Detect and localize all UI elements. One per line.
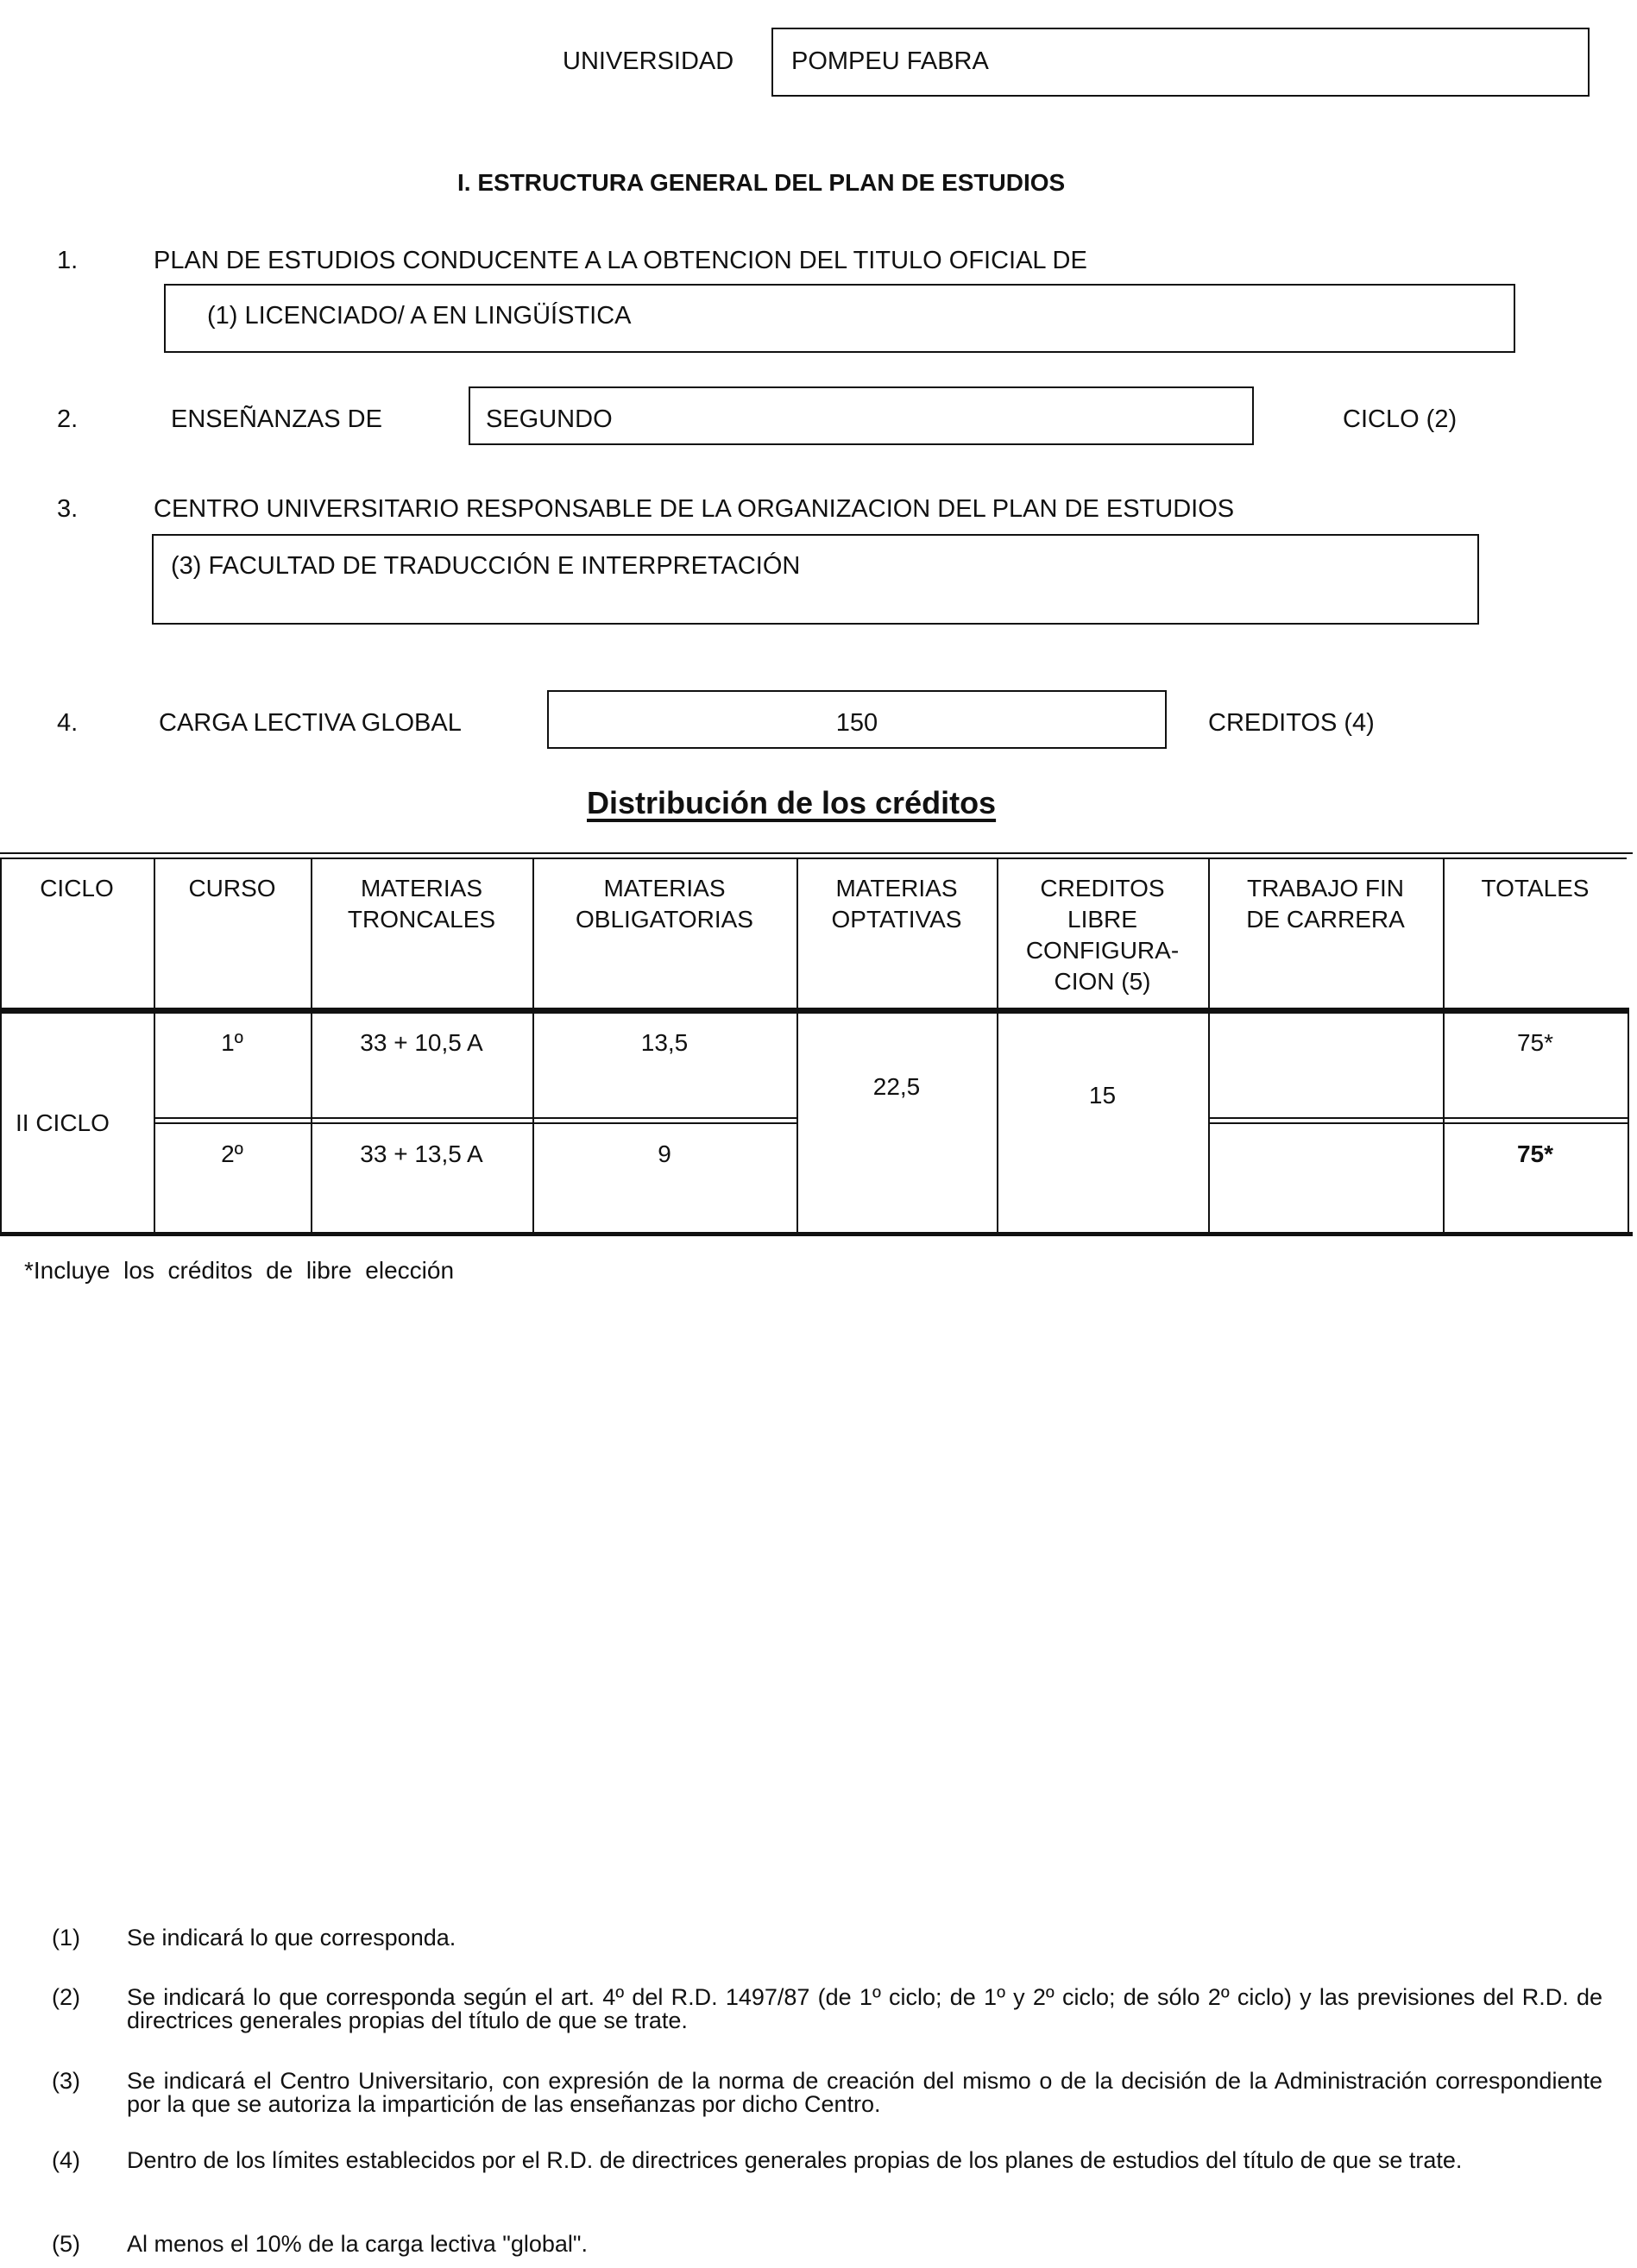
header-line: LIBRE bbox=[997, 904, 1208, 935]
university-value: POMPEU FABRA bbox=[791, 49, 989, 74]
footnote-2-text: Se indicará lo que corresponda según el … bbox=[127, 1986, 1602, 2032]
item-4-label: CARGA LECTIVA GLOBAL bbox=[159, 711, 462, 736]
header-troncales: MATERIASTRONCALES bbox=[311, 873, 532, 935]
credits-table: CICLO CURSO MATERIASTRONCALES MATERIASOB… bbox=[0, 852, 1633, 1236]
header-line: CONFIGURA- bbox=[997, 935, 1208, 966]
libre-configuracion-value: 15 bbox=[997, 1080, 1208, 1111]
row-1-curso: 1º bbox=[154, 1027, 311, 1059]
header-line: MATERIAS bbox=[532, 873, 796, 904]
cycle-value: SEGUNDO bbox=[486, 407, 613, 432]
footnote-3-text: Se indicará el Centro Universitario, con… bbox=[127, 2070, 1602, 2116]
row-2-obligatorias: 9 bbox=[532, 1139, 796, 1170]
university-label: UNIVERSIDAD bbox=[563, 49, 734, 74]
item-2-number: 2. bbox=[57, 407, 78, 432]
footnote-1-number: (1) bbox=[52, 1926, 80, 1950]
table-top-border-inner bbox=[0, 858, 1627, 859]
optativas-value: 22,5 bbox=[796, 1071, 997, 1103]
footnote-2-number: (2) bbox=[52, 1986, 80, 2009]
row-1-obligatorias: 13,5 bbox=[532, 1027, 796, 1059]
col-border-8 bbox=[1628, 1013, 1629, 1234]
row-separator-left-2 bbox=[154, 1122, 796, 1124]
cycle-suffix: CICLO (2) bbox=[1343, 407, 1457, 432]
footnote-1-text: Se indicará lo que corresponda. bbox=[127, 1926, 1602, 1950]
row-1-totales: 75* bbox=[1443, 1027, 1628, 1059]
header-line: TRABAJO FIN bbox=[1208, 873, 1443, 904]
row-2-curso: 2º bbox=[154, 1139, 311, 1170]
row-1-troncales: 33 + 10,5 A bbox=[311, 1027, 532, 1059]
row-separator-left bbox=[154, 1117, 796, 1119]
row-separator-right bbox=[1208, 1117, 1629, 1119]
header-line: OPTATIVAS bbox=[796, 904, 997, 935]
header-line: DE CARRERA bbox=[1208, 904, 1443, 935]
table-note: *Incluye los créditos de libre elección bbox=[24, 1259, 454, 1283]
footnote-4-text: Dentro de los límites establecidos por e… bbox=[127, 2149, 1602, 2172]
header-line: CICLO bbox=[0, 873, 154, 904]
footnote-5-text: Al menos el 10% de la carga lectiva "glo… bbox=[127, 2233, 1602, 2256]
header-optativas: MATERIASOPTATIVAS bbox=[796, 873, 997, 935]
header-totales: TOTALES bbox=[1443, 873, 1628, 904]
header-line: MATERIAS bbox=[311, 873, 532, 904]
ciclo-value: II CICLO bbox=[0, 1108, 154, 1139]
item-3-number: 3. bbox=[57, 497, 78, 522]
item-4-number: 4. bbox=[57, 711, 78, 736]
col-border-0 bbox=[0, 858, 2, 1234]
footnote-4-number: (4) bbox=[52, 2149, 80, 2172]
item-1-number: 1. bbox=[57, 248, 78, 273]
row-2-totales: 75* bbox=[1443, 1139, 1628, 1170]
header-bottom-border bbox=[0, 1008, 1629, 1014]
header-line: OBLIGATORIAS bbox=[532, 904, 796, 935]
credit-load-value: 150 bbox=[547, 711, 1167, 736]
header-ciclo: CICLO bbox=[0, 873, 154, 904]
footnote-5-number: (5) bbox=[52, 2233, 80, 2256]
header-curso: CURSO bbox=[154, 873, 311, 904]
degree-title-value: (1) LICENCIADO/ A EN LINGÜÍSTICA bbox=[207, 304, 632, 329]
header-obligatorias: MATERIASOBLIGATORIAS bbox=[532, 873, 796, 935]
header-trabajo-fin: TRABAJO FINDE CARRERA bbox=[1208, 873, 1443, 935]
header-line: TOTALES bbox=[1443, 873, 1628, 904]
credit-load-suffix: CREDITOS (4) bbox=[1208, 711, 1375, 736]
header-line: CION (5) bbox=[997, 966, 1208, 997]
header-line: MATERIAS bbox=[796, 873, 997, 904]
item-1-label: PLAN DE ESTUDIOS CONDUCENTE A LA OBTENCI… bbox=[154, 248, 1087, 273]
footnote-3-number: (3) bbox=[52, 2070, 80, 2093]
header-line: TRONCALES bbox=[311, 904, 532, 935]
row-separator-right-2 bbox=[1208, 1122, 1629, 1124]
distribution-title: Distribución de los créditos bbox=[587, 785, 996, 821]
row-2-troncales: 33 + 13,5 A bbox=[311, 1139, 532, 1170]
header-libre-configuracion: CREDITOSLIBRECONFIGURA-CION (5) bbox=[997, 873, 1208, 997]
header-line: CURSO bbox=[154, 873, 311, 904]
table-top-border bbox=[0, 852, 1633, 854]
item-3-label: CENTRO UNIVERSITARIO RESPONSABLE DE LA O… bbox=[154, 497, 1234, 522]
section-title: I. ESTRUCTURA GENERAL DEL PLAN DE ESTUDI… bbox=[457, 169, 1065, 197]
table-bottom-border bbox=[0, 1232, 1633, 1236]
item-2-label: ENSEÑANZAS DE bbox=[171, 407, 382, 432]
center-value: (3) FACULTAD DE TRADUCCIÓN E INTERPRETAC… bbox=[171, 554, 800, 579]
header-line: CREDITOS bbox=[997, 873, 1208, 904]
